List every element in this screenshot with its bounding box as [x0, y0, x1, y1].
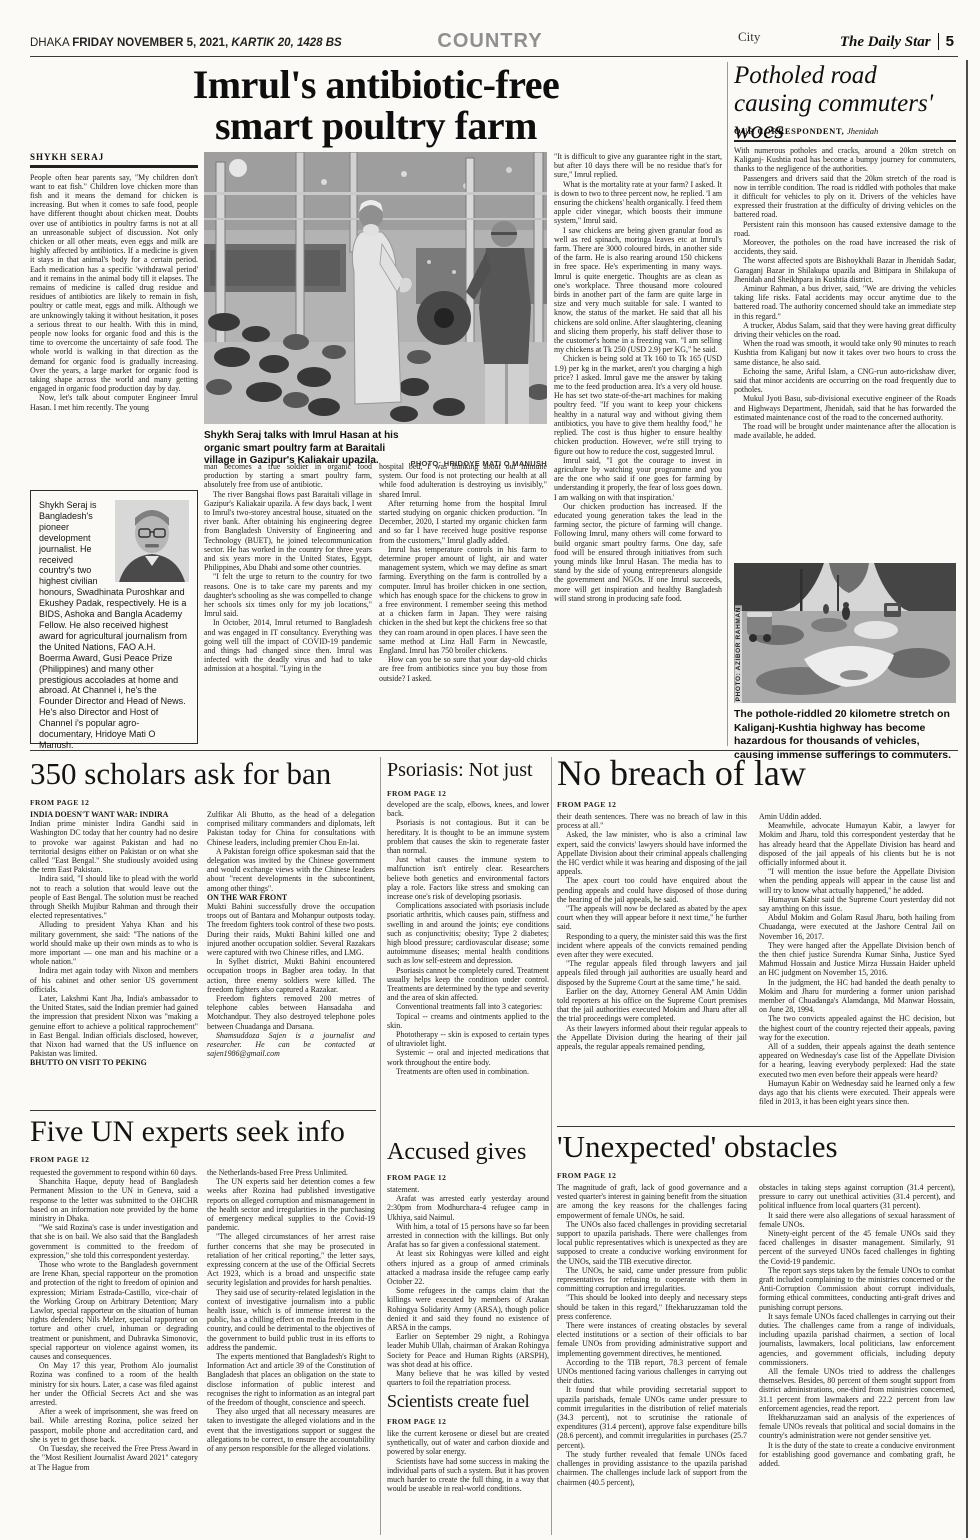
paragraph: In October, 2014, Imrul returned to Bang…: [204, 618, 372, 673]
pothole-article-body: With numerous potholes and cracks, aroun…: [734, 146, 956, 560]
paragraph: With him, a total of 15 persons have so …: [387, 1222, 549, 1250]
paragraph: With numerous potholes and cracks, aroun…: [734, 146, 956, 174]
fuel-column: like the current kerosene or diesel but …: [387, 1429, 549, 1535]
paragraph: Humayun Kabir said the Supreme Court yes…: [759, 895, 955, 913]
paragraph: The report says steps taken by the femal…: [759, 1266, 955, 1312]
paragraph: Psoriasis cannot be completely cured. Tr…: [387, 966, 549, 1003]
paragraph: Zulfikar Ali Bhutto, as the head of a de…: [207, 810, 375, 847]
paragraph: Imrul has temperature controls in his fa…: [379, 545, 547, 655]
road-photo-credit-text: PHOTO: AZIBOR RAHMAN: [735, 605, 742, 703]
correspondent-label: OUR CORRESPONDENT,: [734, 126, 844, 136]
paragraph: In Sylhet district, Mukti Bahini encount…: [207, 957, 375, 994]
un-experts-headline: Five UN experts seek info: [30, 1116, 378, 1148]
paragraph: The magnitude of graft, lack of good gov…: [557, 1183, 747, 1220]
paragraph: Responding to a query, the minister said…: [557, 932, 747, 960]
byline-divider: [30, 165, 198, 168]
paragraph: Imrul said, "I got the courage to invest…: [554, 456, 722, 502]
paragraph: man becomes a true soldier in organic fo…: [204, 462, 372, 490]
paragraph: As their lawyers informed about their re…: [557, 1024, 747, 1052]
paragraph: They were hanged after the Appellate Div…: [759, 941, 955, 978]
paragraph: developed are the scalp, elbows, knees, …: [387, 800, 549, 818]
paragraph: "It is difficult to give any guarantee r…: [554, 152, 722, 180]
paragraph: "The regular appeals filed through lawye…: [557, 959, 747, 987]
article-divider: [557, 1126, 955, 1127]
section-label: COUNTRY: [0, 30, 980, 53]
paragraph: Complications associated with psoriasis …: [387, 901, 549, 965]
pothole-road-photo: [734, 563, 956, 703]
column-divider: [380, 757, 381, 1535]
paragraph: Echoing the same, Ariful Islam, a CNG-ru…: [734, 367, 956, 395]
paragraph: A trucker, Abdus Salam, said that they w…: [734, 321, 956, 339]
psoriasis-column: developed are the scalp, elbows, knees, …: [387, 800, 549, 1134]
paragraph: "I felt the urge to return to the countr…: [204, 572, 372, 618]
paragraph: The worst affected spots are Bishoykhali…: [734, 256, 956, 284]
paragraph: On May 17 this year, Prothom Alo journal…: [30, 1361, 198, 1407]
paragraph: Shanchita Haque, deputy head of Banglade…: [30, 1177, 198, 1223]
column-divider: [551, 757, 552, 1535]
poultry-farm-photo: [204, 152, 547, 424]
accused-column: statement.Arafat was arrested early yest…: [387, 1185, 549, 1388]
pothole-road-photo-art: [734, 563, 956, 703]
paragraph: According to the TIB report, 78.3 percen…: [557, 1358, 747, 1386]
newspaper-page: DHAKA FRIDAY NOVEMBER 5, 2021, KARTIK 20…: [0, 0, 980, 1540]
paragraph: It is the duty of the state to create a …: [759, 1441, 955, 1469]
from-page-tag: FROM PAGE 12: [557, 800, 616, 809]
section-divider: [30, 750, 958, 751]
paragraph: The study further revealed that female U…: [557, 1450, 747, 1487]
edition-label: City: [738, 29, 760, 45]
paragraph: There were instances of creating obstacl…: [557, 1321, 747, 1358]
paragraph: Those who wrote to the Bangladesh govern…: [30, 1260, 198, 1361]
paragraph: Persistent rain this monsoon has caused …: [734, 220, 956, 238]
paragraph: Arafat was arrested early yesterday arou…: [387, 1194, 549, 1222]
correspondent-place: Jhenidah: [847, 126, 878, 136]
paragraph: Phototherapy -- skin is exposed to certa…: [387, 1030, 549, 1048]
page-edge-line: [966, 60, 968, 1538]
paragraph: Iftekharuzzaman said an analysis of the …: [759, 1413, 955, 1441]
paragraph: Indira said, "I should like to plead wit…: [30, 874, 198, 920]
sub-headline: ON THE WAR FRONT: [207, 893, 375, 902]
sub-headline: INDIA DOESN'T WANT WAR: INDIRA: [30, 810, 198, 819]
paragraph: It found that while providing secretaria…: [557, 1385, 747, 1449]
paragraph: Now, let's talk about computer Engineer …: [30, 393, 198, 411]
paragraph: Just what causes the immune system to ma…: [387, 855, 549, 901]
author-portrait-art: [115, 500, 189, 582]
paragraph: Meanwhile, advocate Humayun Kabir, a law…: [759, 821, 955, 867]
main-article-column-3: hospital bed, I was thinking about our i…: [379, 462, 547, 746]
paragraph: Passengers and drivers said that the 20k…: [734, 174, 956, 220]
paragraph: Mukul Jyoti Basu, sub-divisional executi…: [734, 394, 956, 422]
paragraph: I saw chickens are being given granular …: [554, 226, 722, 355]
paragraph: At least six Rohingyas were killed and e…: [387, 1249, 549, 1286]
masthead-divider: [30, 56, 958, 57]
paragraph: It says female UNOs faced challenges in …: [759, 1312, 955, 1367]
paragraph: All of a sudden, their appeals against t…: [759, 1042, 955, 1079]
paragraph: The river Bangshai flows past Baraitali …: [204, 490, 372, 573]
paragraph: What is the mortality rate at your farm?…: [554, 180, 722, 226]
paragraph: Moreover, the potholes on the road have …: [734, 238, 956, 256]
paragraph: the Netherlands-based Free Press Unlimit…: [207, 1168, 375, 1177]
paragraph: After a week of imprisonment, she was fr…: [30, 1407, 198, 1444]
paragraph: requested the government to respond with…: [30, 1168, 198, 1177]
paragraph: obstacles in taking steps against corrup…: [759, 1183, 955, 1211]
paragraph: The two convicts appealed against the HC…: [759, 1014, 955, 1042]
paragraph: They said use of security-related legisl…: [207, 1288, 375, 1352]
from-page-tag: FROM PAGE 12: [387, 789, 446, 798]
column-divider: [727, 62, 728, 746]
paragraph: Later, Lakshmi Kant Jha, India's ambassa…: [30, 994, 198, 1058]
paragraph: Humayun Kabir on Wednesday said he learn…: [759, 1079, 955, 1107]
paragraph: like the current kerosene or diesel but …: [387, 1429, 549, 1457]
paragraph: Earlier on the day, Attorney General AM …: [557, 987, 747, 1024]
main-article-col1-text: People often hear parents say, "My child…: [30, 173, 198, 412]
breach-column-2: Amin Uddin added.Meanwhile, advocate Hum…: [759, 812, 955, 1122]
fuel-headline: Scientists create fuel: [387, 1392, 552, 1411]
paragraph: The UNOs also faced challenges in provid…: [557, 1220, 747, 1266]
paragraph: They also urged that all necessary measu…: [207, 1407, 375, 1453]
from-page-tag: FROM PAGE 12: [30, 1155, 89, 1164]
from-page-tag: FROM PAGE 12: [30, 798, 89, 807]
paragraph: statement.: [387, 1185, 549, 1194]
paragraph: "I will mention the issue before the App…: [759, 867, 955, 895]
paragraph: "This should be looked into deeply and n…: [557, 1293, 747, 1321]
author-bio-box: Shykh Seraj is Bangladesh's pioneer deve…: [30, 490, 198, 744]
paragraph: The UNOs, he said, came under pressure f…: [557, 1266, 747, 1294]
main-article-column-1: SHYKH SERAJ People often hear parents sa…: [30, 152, 198, 486]
paragraph: Asked, the law minister, who is also a c…: [557, 830, 747, 876]
paragraph: Amin Uddin added.: [759, 812, 955, 821]
paragraph: The UN experts said her detention comes …: [207, 1177, 375, 1232]
main-article-byline: SHYKH SERAJ: [30, 152, 198, 162]
paragraph: Scientists have had some success in maki…: [387, 1457, 549, 1494]
paragraph: Psoriasis is not contagious. But it can …: [387, 818, 549, 855]
scholars-column-2: Zulfikar Ali Bhutto, as the head of a de…: [207, 810, 375, 1107]
paragraph: hospital bed, I was thinking about our i…: [379, 462, 547, 499]
paragraph: Earlier on September 29 night, a Rohingy…: [387, 1332, 549, 1369]
accused-headline: Accused gives: [387, 1140, 550, 1165]
paragraph: Alluding to president Yahya Khan and his…: [30, 920, 198, 966]
paragraph: The experts mentioned that Bangladesh's …: [207, 1352, 375, 1407]
author-portrait-photo: [115, 500, 189, 582]
paragraph: The apex court too could have enquired a…: [557, 876, 747, 904]
paragraph: In the judgment, the HC had handed the d…: [759, 978, 955, 1015]
paragraph: After returning home from the hospital I…: [379, 499, 547, 545]
breach-headline: No breach of law: [557, 755, 955, 793]
paragraph: Aminur Rahman, a bus driver, said, "We a…: [734, 284, 956, 321]
paragraph: Systemic -- oral and injected medication…: [387, 1048, 549, 1066]
obstacles-column-1: The magnitude of graft, lack of good gov…: [557, 1183, 747, 1535]
paragraph: Treatments are often used in combination…: [387, 1067, 549, 1076]
obstacles-headline: 'Unexpected' obstacles: [557, 1131, 955, 1164]
paragraph: Conventional treatments fall into 3 cate…: [387, 1002, 549, 1011]
paragraph: When the road was smooth, it would take …: [734, 339, 956, 367]
main-article-column-2: man becomes a true soldier in organic fo…: [204, 462, 372, 746]
page-number: 5: [938, 33, 954, 50]
road-photo-credit: PHOTO: AZIBOR RAHMAN: [735, 563, 742, 703]
paragraph: Topical -- creams and ointments applied …: [387, 1012, 549, 1030]
paragraph: On Tuesday, she received the Free Press …: [30, 1444, 198, 1472]
paragraph: their death sentences. There was no brea…: [557, 812, 747, 830]
paragraph: Indira met again today with Nixon and me…: [30, 966, 198, 994]
sub-headline: BHUTTO ON VISIT TO PEKING: [30, 1058, 198, 1067]
from-page-tag: FROM PAGE 12: [387, 1417, 446, 1426]
paragraph: Shamsuddoza Sajen is a journalist and re…: [207, 1031, 375, 1059]
paragraph: How can you be so sure that your day-old…: [379, 655, 547, 683]
from-page-tag: FROM PAGE 12: [387, 1173, 446, 1182]
article-divider: [30, 1110, 376, 1111]
scholars-headline: 350 scholars ask for ban: [30, 758, 378, 791]
paragraph: The road will be brought under maintenan…: [734, 422, 956, 440]
scholars-column-1: INDIA DOESN'T WANT WAR: INDIRAIndian pri…: [30, 810, 198, 1107]
paragraph: All the female UNOs tried to address the…: [759, 1367, 955, 1413]
un-experts-column-2: the Netherlands-based Free Press Unlimit…: [207, 1168, 375, 1536]
paragraph: Indian prime minister Indira Gandhi said…: [30, 819, 198, 874]
pothole-byline: OUR CORRESPONDENT, Jhenidah: [734, 126, 956, 142]
paragraph: Abdul Mokim and Golam Rasul Jharu, both …: [759, 913, 955, 941]
masthead-brand: The Daily Star 5: [840, 33, 954, 51]
paragraph: Mukti Bahini successfully drove the occu…: [207, 902, 375, 957]
paragraph: A Pakistan foreign office spokesman said…: [207, 847, 375, 893]
paragraph: "The appeals will now be declared as aba…: [557, 904, 747, 932]
from-page-tag: FROM PAGE 12: [557, 1171, 616, 1180]
main-article-column-4: "It is difficult to give any guarantee r…: [554, 152, 722, 746]
newspaper-name: The Daily Star: [840, 34, 931, 51]
paragraph: It said there were also allegations of s…: [759, 1211, 955, 1229]
poultry-farm-photo-art: [204, 152, 547, 424]
paragraph: Some refugees in the camps claim that th…: [387, 1286, 549, 1332]
paragraph: Ninety-eight percent of the 45 female UN…: [759, 1229, 955, 1266]
paragraph: "We said Rozina's case is under investig…: [30, 1223, 198, 1260]
paragraph: Our chicken production has increased. If…: [554, 502, 722, 603]
paragraph: People often hear parents say, "My child…: [30, 173, 198, 394]
obstacles-column-2: obstacles in taking steps against corrup…: [759, 1183, 955, 1535]
un-experts-column-1: requested the government to respond with…: [30, 1168, 198, 1536]
breach-column-1: their death sentences. There was no brea…: [557, 812, 747, 1122]
main-headline: Imrul's antibiotic-free smart poultry fa…: [156, 64, 596, 146]
paragraph: Freedom fighters removed 200 metres of t…: [207, 994, 375, 1031]
psoriasis-headline: Psoriasis: Not just: [387, 760, 550, 781]
paragraph: Many believe that he was killed by veste…: [387, 1369, 549, 1387]
paragraph: Chicken is being sold at Tk 160 to Tk 16…: [554, 354, 722, 455]
paragraph: "The alleged circumstances of her arrest…: [207, 1232, 375, 1287]
